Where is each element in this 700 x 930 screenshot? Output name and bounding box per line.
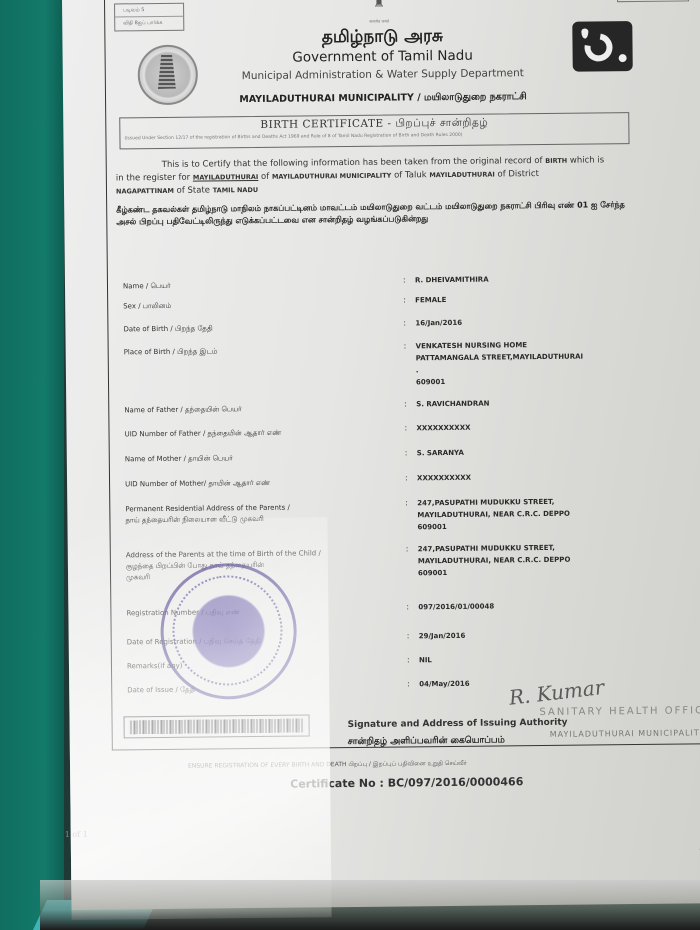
- field-separator: :: [407, 631, 410, 640]
- field-separator: :: [407, 655, 410, 664]
- water-supply-logo-icon: [572, 21, 633, 72]
- intro-text: of State: [177, 185, 211, 195]
- national-emblem-icon: ♜: [368, 0, 390, 17]
- field-value: NIL: [419, 654, 432, 666]
- field-value: 247,PASUPATHI MUDUKKU STREET, MAYILADUTH…: [417, 496, 570, 534]
- taluk: MAYILADUTHURAI: [429, 170, 495, 179]
- government-title-tamil: தமிழ்நாடு அரசு: [272, 25, 492, 49]
- field-value: 097/2016/01/00048: [418, 601, 494, 614]
- field-value: 04/May/2016: [419, 678, 469, 691]
- field-separator: :: [406, 602, 409, 611]
- field-separator: :: [406, 544, 409, 553]
- certification-statement: This is to Certify that the following in…: [116, 154, 636, 198]
- event-type: BIRTH: [545, 157, 567, 165]
- intro-text: of Taluk: [394, 170, 427, 180]
- field-value: 16/Jan/2016: [415, 317, 462, 329]
- signature-label-tamil: சான்றிதழ் அளிப்பவரின் கையொப்பம்: [348, 735, 505, 748]
- birth-certificate-document: படிவம் 5 விதி 8ஐப் பார்க்க ♜ सत्यमेव जयत…: [62, 0, 700, 910]
- green-folder-cover: [0, 0, 64, 930]
- registration-reminder: ENSURE REGISTRATION OF EVERY BIRTH AND D…: [188, 760, 467, 771]
- certificate-legal-basis: (Issued Under Section 12/17 of the regis…: [124, 131, 632, 141]
- field-separator: :: [403, 275, 406, 284]
- field-value: 247,PASUPATHI MUDUKKU STREET, MAYILADUTH…: [418, 542, 571, 580]
- intro-text: of: [261, 172, 269, 182]
- form-number-line: படிவம் 5: [115, 4, 183, 18]
- state: TAMIL NADU: [213, 186, 258, 194]
- intro-text: of District: [497, 169, 539, 179]
- field-separator: :: [405, 498, 408, 507]
- field-value: XXXXXXXXXX: [416, 422, 470, 435]
- field-separator: :: [404, 423, 407, 432]
- register-for: MAYILADUTHURAI: [193, 173, 259, 182]
- field-separator: :: [404, 399, 407, 408]
- margin-note-left: 1 of 1: [65, 830, 88, 839]
- certificate-title-box: BIRTH CERTIFICATE - பிறப்புச் சான்றிதழ் …: [119, 112, 629, 149]
- form-rule-line: விதி 8ஐப் பார்க்க: [115, 17, 183, 30]
- intro-text: in the register for: [116, 173, 190, 184]
- field-label: Permanent Residential Address of the Par…: [125, 502, 395, 527]
- government-title-english: Government of Tamil Nadu: [233, 47, 533, 66]
- field-separator: :: [405, 473, 408, 482]
- district: NAGAPATTINAM: [116, 187, 174, 196]
- field-value: 29/Jan/2016: [419, 630, 466, 642]
- signature-stamp: SANITARY HEALTH OFFICER,: [539, 705, 700, 718]
- certificate-number: Certificate No : BC/097/2016/0000466: [290, 775, 523, 790]
- field-value: S. SARANYA: [417, 447, 464, 459]
- field-value: XXXXXXXXXX: [417, 472, 471, 485]
- signature-stamp-municipality: MAYILADUTHURAI MUNICIPALITY: [550, 728, 700, 739]
- field-separator: :: [405, 448, 408, 457]
- intro-text: which is: [570, 155, 604, 165]
- field-separator: :: [404, 341, 407, 350]
- field-value: VENKATESH NURSING HOME PATTAMANGALA STRE…: [416, 339, 584, 389]
- field-separator: :: [403, 318, 406, 327]
- field-separator: :: [407, 679, 410, 688]
- field-value: S. RAVICHANDRAN: [416, 398, 489, 411]
- emblem-caption: सत्यमेव जयते: [364, 19, 394, 25]
- field-value: FEMALE: [415, 294, 446, 306]
- form-number-box: படிவம் 5 விதி 8ஐப் பார்க்க: [114, 3, 184, 32]
- field-separator: :: [403, 295, 406, 304]
- field-value: R. DHEIVAMITHIRA: [415, 274, 489, 287]
- register-of: MAYILADUTHURAI MUNICIPALITY: [272, 172, 391, 181]
- barcode-icon: [124, 714, 310, 738]
- certificate-title: BIRTH CERTIFICATE - பிறப்புச் சான்றிதழ்: [120, 115, 628, 133]
- plastic-sleeve-edge: [40, 880, 700, 930]
